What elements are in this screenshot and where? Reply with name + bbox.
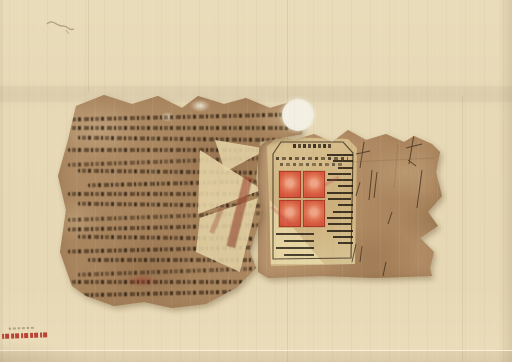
plate-left-edge bbox=[0, 0, 3, 362]
photograph-plate bbox=[0, 0, 512, 362]
script-line bbox=[78, 235, 286, 242]
form-field-line bbox=[327, 230, 353, 232]
form-field-line bbox=[327, 179, 353, 181]
revenue-stamp bbox=[303, 171, 325, 198]
script-line bbox=[78, 169, 296, 176]
script-line bbox=[78, 136, 296, 143]
form-field-lines bbox=[325, 154, 353, 248]
red-ink-streak bbox=[209, 208, 223, 234]
manuscript-paper bbox=[54, 90, 306, 314]
form-field-line bbox=[328, 223, 351, 225]
form-field-line bbox=[338, 242, 353, 244]
round-sticker bbox=[282, 99, 314, 131]
plate-label bbox=[2, 326, 54, 338]
form-field-line bbox=[327, 192, 353, 194]
script-line bbox=[68, 222, 296, 231]
script-line bbox=[88, 258, 296, 262]
script-line bbox=[78, 202, 296, 209]
plate-label-gray-line bbox=[9, 327, 35, 330]
script-line bbox=[68, 244, 296, 253]
script-line bbox=[78, 265, 296, 277]
red-ink-smudge bbox=[126, 274, 158, 287]
form-field-line bbox=[327, 154, 353, 156]
script-line bbox=[68, 192, 286, 196]
form-field-line bbox=[338, 204, 353, 206]
form-field-line bbox=[333, 211, 353, 213]
script-line bbox=[68, 288, 296, 297]
script-line bbox=[68, 126, 296, 130]
form-field-line bbox=[328, 198, 351, 200]
plate-streak bbox=[88, 0, 89, 92]
red-ink-streak bbox=[226, 176, 252, 248]
script-line bbox=[68, 280, 286, 284]
manuscript-fragment bbox=[54, 90, 306, 314]
repair-patch-triangle bbox=[198, 150, 262, 214]
form-field-line bbox=[328, 173, 351, 175]
form-field-line bbox=[327, 217, 353, 219]
plate-right-edge bbox=[498, 0, 512, 362]
script-line bbox=[88, 179, 296, 188]
handwritten-script-lines bbox=[54, 90, 306, 295]
form-field-line bbox=[333, 160, 353, 162]
script-line bbox=[68, 155, 296, 167]
revenue-stamp bbox=[303, 200, 325, 227]
script-line bbox=[68, 210, 296, 222]
plate-streak bbox=[462, 96, 463, 362]
pencil-squiggle-mark bbox=[44, 14, 78, 38]
script-line bbox=[68, 112, 296, 121]
form-field-line bbox=[338, 167, 353, 169]
form-field-line bbox=[333, 236, 353, 238]
repair-patch-triangle bbox=[215, 140, 268, 172]
plate-corner-shadow bbox=[0, 336, 110, 362]
red-overprint-stroke bbox=[322, 176, 339, 188]
repair-patch-triangle bbox=[196, 198, 258, 272]
form-field-line bbox=[338, 185, 353, 187]
script-line bbox=[68, 148, 286, 152]
